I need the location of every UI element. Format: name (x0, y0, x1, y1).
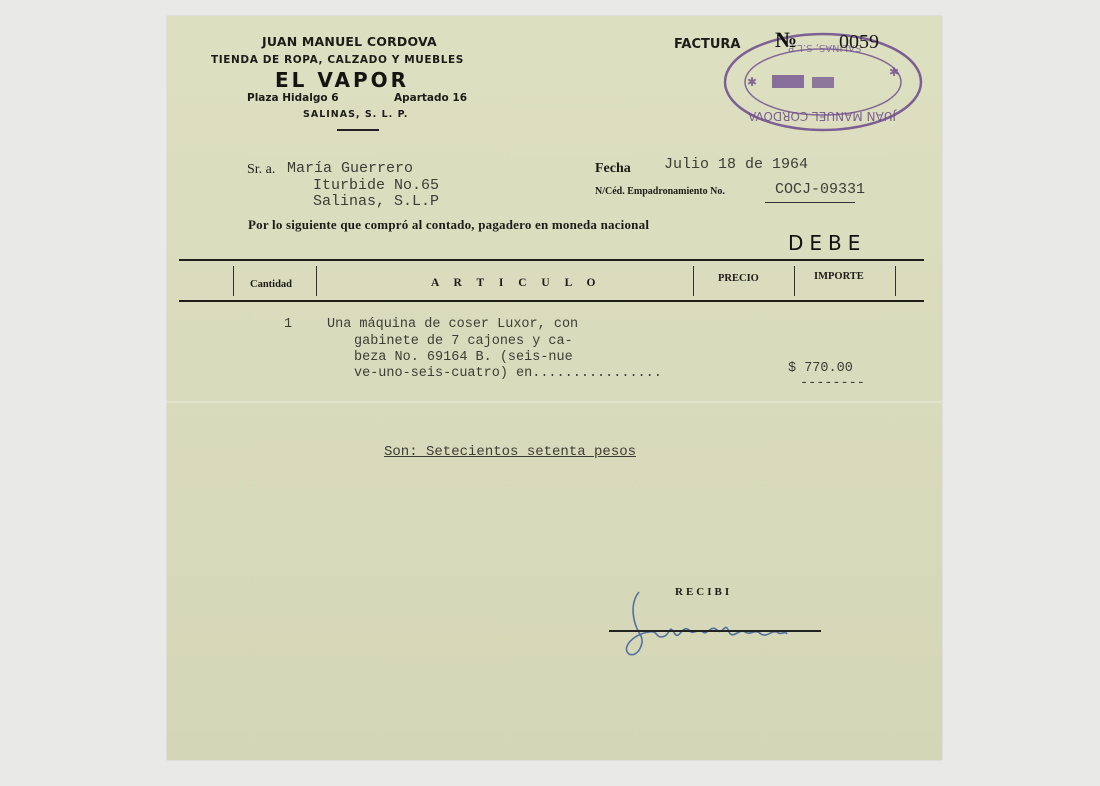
item-quantity: 1 (284, 317, 292, 333)
svg-text:✱: ✱ (889, 65, 899, 79)
item-line: beza No. 69164 B. (seis-nue (354, 350, 573, 366)
table-top-rule (179, 259, 924, 261)
header-amount: IMPORTE (814, 271, 864, 282)
column-divider (316, 266, 317, 296)
store-po-box: Apartado 16 (394, 92, 467, 104)
store-name: EL VAPOR (275, 68, 409, 92)
customer-address-line1: Iturbide No.65 (313, 177, 439, 194)
header-divider (337, 129, 379, 131)
registration-value: COCJ-09331 (775, 181, 865, 198)
header-article: A R T I C U L O (431, 277, 601, 289)
signature-icon (619, 584, 799, 664)
registration-underline (765, 202, 855, 203)
invoice-label: FACTURA (674, 37, 741, 52)
payment-terms: Por lo siguiente que compró al contado, … (248, 217, 649, 233)
store-address: Plaza Hidalgo 6 (247, 92, 339, 104)
rubber-stamp-icon: JUAN MANUEL CORDOVA SALINAS, S.L.P. ✱ ✱ (722, 30, 925, 134)
item-amount: $ 770.00 (788, 361, 853, 377)
registration-label: N/Céd. Empadronamiento No. (595, 186, 725, 197)
column-divider (895, 266, 896, 296)
customer-prefix: Sr. a. (247, 162, 275, 178)
owner-name: JUAN MANUEL CORDOVA (262, 34, 437, 49)
column-divider (794, 266, 795, 296)
header-quantity: Cantidad (250, 279, 292, 290)
svg-text:✱: ✱ (747, 75, 757, 89)
date-label: Fecha (595, 161, 631, 177)
number-sign: № (775, 27, 797, 53)
column-divider (693, 266, 694, 296)
customer-address-line2: Salinas, S.L.P (313, 193, 439, 210)
signature-line (609, 630, 821, 632)
business-type: TIENDA DE ROPA, CALZADO Y MUEBLES (211, 54, 464, 66)
item-line: Una máquina de coser Luxor, con (327, 317, 578, 333)
item-line: ve-uno-seis-cuatro) en................ (354, 366, 662, 382)
fold-crease (167, 401, 942, 403)
invoice-document: JUAN MANUEL CORDOVA TIENDA DE ROPA, CALZ… (167, 16, 942, 760)
header-price: PRECIO (718, 273, 759, 284)
customer-name: María Guerrero (287, 160, 413, 177)
table-bottom-rule (179, 300, 924, 302)
date-value: Julio 18 de 1964 (664, 156, 808, 173)
store-city: SALINAS, S. L. P. (303, 109, 408, 120)
svg-text:JUAN MANUEL CORDOVA: JUAN MANUEL CORDOVA (747, 109, 897, 123)
item-line: gabinete de 7 cajones y ca- (354, 334, 573, 350)
debe-label: DEBE (788, 231, 866, 255)
item-amount-underline: -------- (800, 376, 865, 392)
amount-in-words: Son: Setecientos setenta pesos (384, 444, 636, 460)
invoice-number: 0059 (839, 31, 879, 54)
column-divider (233, 266, 234, 296)
